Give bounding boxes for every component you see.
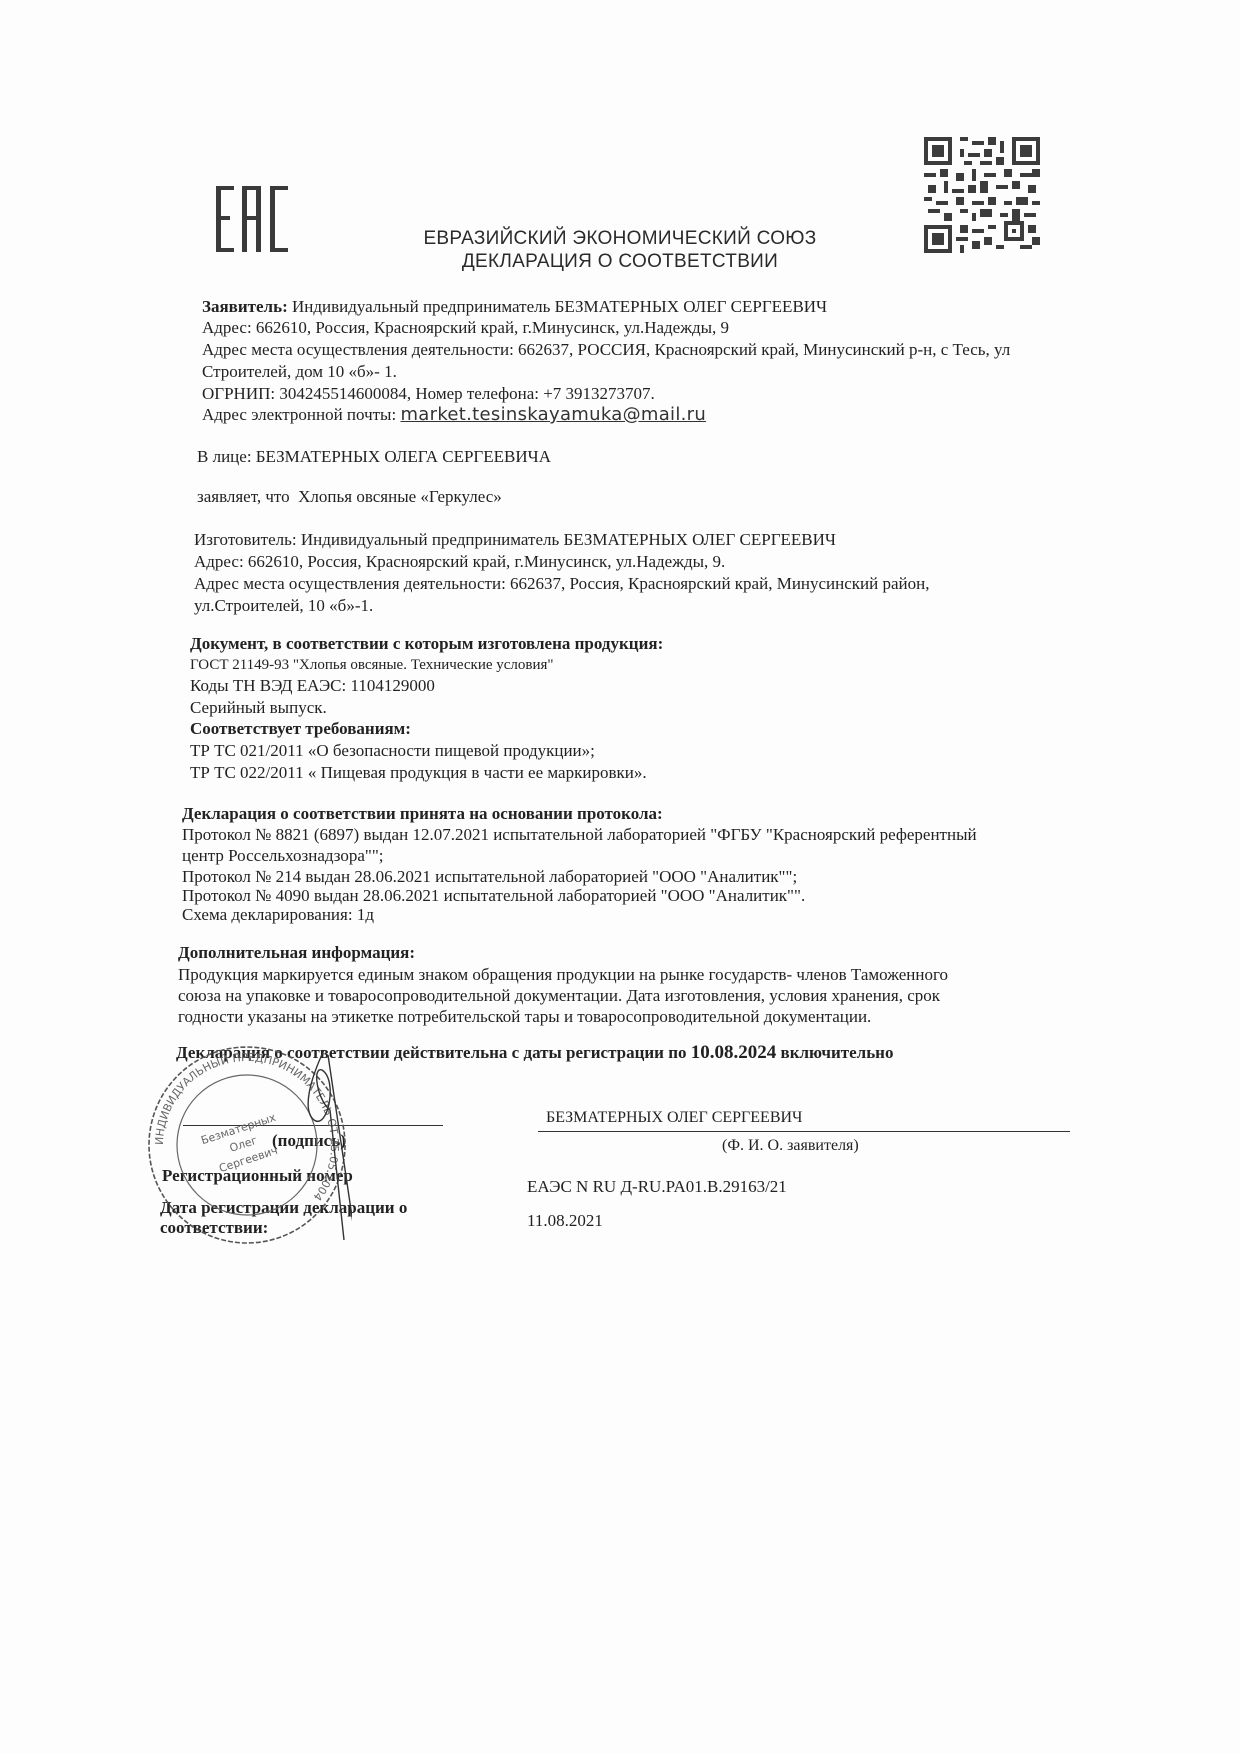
applicant-activity-address-1: Адрес места осуществления деятельности: …	[202, 340, 1010, 360]
declaration-scheme: Схема декларирования: 1д	[182, 905, 374, 925]
registration-number-label: Регистрационный номер	[162, 1166, 353, 1186]
requirements-heading: Соответствует требованиям:	[190, 719, 411, 739]
protocol-line: Протокол № 4090 выдан 28.06.2021 испытат…	[182, 886, 805, 906]
applicant-fio: БЕЗМАТЕРНЫХ ОЛЕГ СЕРГЕЕВИЧ	[546, 1108, 802, 1128]
registration-date-label-2: соответствии:	[160, 1218, 268, 1238]
protocol-line: Протокол № 214 выдан 28.06.2021 испытате…	[182, 867, 797, 887]
applicant-ogrnip-phone: ОГРНИП: 304245514600084, Номер телефона:…	[202, 384, 655, 404]
applicant-label: Заявитель:	[202, 297, 288, 316]
additional-line: годности указаны на этикетке потребитель…	[178, 1007, 871, 1027]
release-type: Серийный выпуск.	[190, 698, 327, 718]
additional-line: Продукция маркируется единым знаком обра…	[178, 965, 948, 985]
gost-line: ГОСТ 21149-93 "Хлопья овсяные. Техническ…	[190, 655, 554, 675]
product-name: Хлопья овсяные «Геркулес»	[298, 487, 502, 506]
manufacturer-activity-address-1: Адрес места осуществления деятельности: …	[194, 574, 930, 594]
declaration-title: ДЕКЛАРАЦИЯ О СООТВЕТСТВИИ	[300, 251, 940, 273]
additional-line: союза на упаковке и товаросопроводительн…	[178, 986, 940, 1006]
signature-label: (подпись)	[272, 1131, 346, 1151]
qr-code[interactable]	[924, 134, 1040, 256]
tn-ved-code: Коды ТН ВЭД ЕАЭС: 1104129000	[190, 676, 435, 696]
represented-by: В лице: БЕЗМАТЕРНЫХ ОЛЕГА СЕРГЕЕВИЧА	[197, 447, 551, 467]
declares-line: заявляет, что Хлопья овсяные «Геркулес»	[197, 487, 502, 507]
fio-caption: (Ф. И. О. заявителя)	[722, 1136, 859, 1156]
signature-line	[183, 1125, 443, 1126]
declares-prefix: заявляет, что	[197, 487, 290, 506]
applicant-address: Адрес: 662610, Россия, Красноярский край…	[202, 318, 729, 338]
additional-heading: Дополнительная информация:	[178, 943, 415, 963]
requirement-item: ТР ТС 021/2011 «О безопасности пищевой п…	[190, 741, 595, 761]
requirement-item: ТР ТС 022/2011 « Пищевая продукция в час…	[190, 763, 647, 783]
eac-logo-icon	[214, 186, 290, 252]
fio-line	[538, 1131, 1070, 1132]
manufacturer-line: Изготовитель: Индивидуальный предпринима…	[194, 530, 836, 550]
validity-line: Декларация о соответствии действительна …	[176, 1043, 893, 1063]
manufacturer-address: Адрес: 662610, Россия, Красноярский край…	[194, 552, 725, 572]
validity-date: 10.08.2024	[691, 1042, 777, 1063]
registration-number: ЕАЭС N RU Д-RU.PA01.B.29163/21	[527, 1177, 787, 1197]
manufacturer-label: Изготовитель:	[194, 530, 297, 549]
protocol-line: Протокол № 8821 (6897) выдан 12.07.2021 …	[182, 825, 977, 845]
validity-suffix: включительно	[781, 1043, 894, 1062]
protocol-line: центр Россельхознадзора"";	[182, 846, 384, 866]
document-heading: Документ, в соответствии с которым изгот…	[190, 634, 663, 654]
email-link[interactable]: market.tesinskayamuka@mail.ru	[400, 404, 706, 425]
stamp-line: Олег	[228, 1134, 259, 1155]
stamp-line: Безматерных	[199, 1111, 277, 1148]
registration-date: 11.08.2021	[527, 1211, 603, 1231]
manufacturer-name: Индивидуальный предприниматель БЕЗМАТЕРН…	[301, 530, 836, 549]
applicant-activity-address-2: Строителей, дом 10 «б»- 1.	[202, 362, 397, 382]
registration-date-label-1: Дата регистрации декларации о	[160, 1198, 407, 1218]
email-label: Адрес электронной почты:	[202, 405, 396, 424]
applicant-line: Заявитель: Индивидуальный предпринимател…	[202, 297, 827, 317]
applicant-email-line: Адрес электронной почты: market.tesinska…	[202, 405, 706, 425]
declaration-page: ЕВРАЗИЙСКИЙ ЭКОНОМИЧЕСКИЙ СОЮЗ ДЕКЛАРАЦИ…	[0, 0, 1240, 1754]
validity-prefix: Декларация о соответствии действительна …	[176, 1043, 687, 1062]
union-title: ЕВРАЗИЙСКИЙ ЭКОНОМИЧЕСКИЙ СОЮЗ	[300, 228, 940, 250]
manufacturer-activity-address-2: ул.Строителей, 10 «б»-1.	[194, 596, 373, 616]
applicant-name: Индивидуальный предприниматель БЕЗМАТЕРН…	[292, 297, 827, 316]
protocols-heading: Декларация о соответствии принята на осн…	[182, 804, 663, 824]
